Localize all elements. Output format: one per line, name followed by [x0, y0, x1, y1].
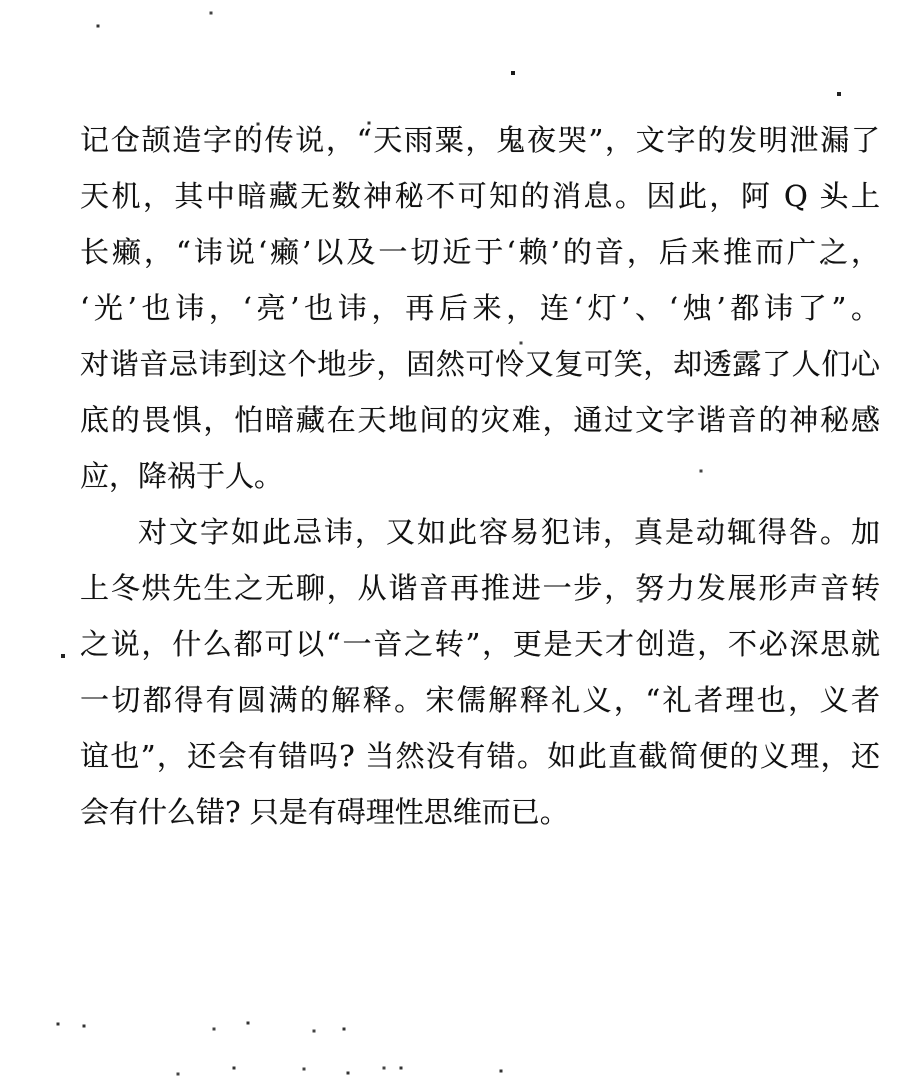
- text-line: 之说，什么都可以“一音之转”，更是天才创造，不必深思就: [80, 616, 880, 672]
- text-line: 天机，其中暗藏无数神秘不可知的消息。因此，阿 Q 头上: [80, 168, 880, 224]
- text-line: 记仓颉造字的传说，“天雨粟，鬼夜哭”，文字的发明泄漏了: [80, 112, 880, 168]
- scanned-page: 记仓颉造字的传说，“天雨粟，鬼夜哭”，文字的发明泄漏了天机，其中暗藏无数神秘不可…: [0, 0, 923, 1090]
- scan-noise-specks: [0, 0, 2, 2]
- text-line: 长癞，“讳说‘癞’以及一切近于‘赖’的音，后来推而广之，: [80, 224, 880, 280]
- text-line: 底的畏惧，怕暗藏在天地间的灾难，通过文字谐音的神秘感: [80, 392, 880, 448]
- text-line: ‘光’也讳，‘亮’也讳，再后来，连‘灯’、‘烛’都讳了”。: [80, 280, 880, 336]
- text-block: 记仓颉造字的传说，“天雨粟，鬼夜哭”，文字的发明泄漏了天机，其中暗藏无数神秘不可…: [80, 112, 880, 840]
- text-line: 上冬烘先生之无聊，从谐音再推进一步，努力发展形声音转: [80, 560, 880, 616]
- text-line: 一切都得有圆满的解释。宋儒解释礼义，“礼者理也，义者: [80, 672, 880, 728]
- text-line: 对文字如此忌讳，又如此容易犯讳，真是动辄得咎。加: [80, 504, 880, 560]
- text-line: 应，降祸于人。: [80, 448, 880, 504]
- text-line: 对谐音忌讳到这个地步，固然可怜又复可笑，却透露了人们心: [80, 336, 880, 392]
- text-line: 谊也”，还会有错吗? 当然没有错。如此直截简便的义理，还: [80, 728, 880, 784]
- text-line: 会有什么错? 只是有碍理性思维而已。: [80, 784, 880, 840]
